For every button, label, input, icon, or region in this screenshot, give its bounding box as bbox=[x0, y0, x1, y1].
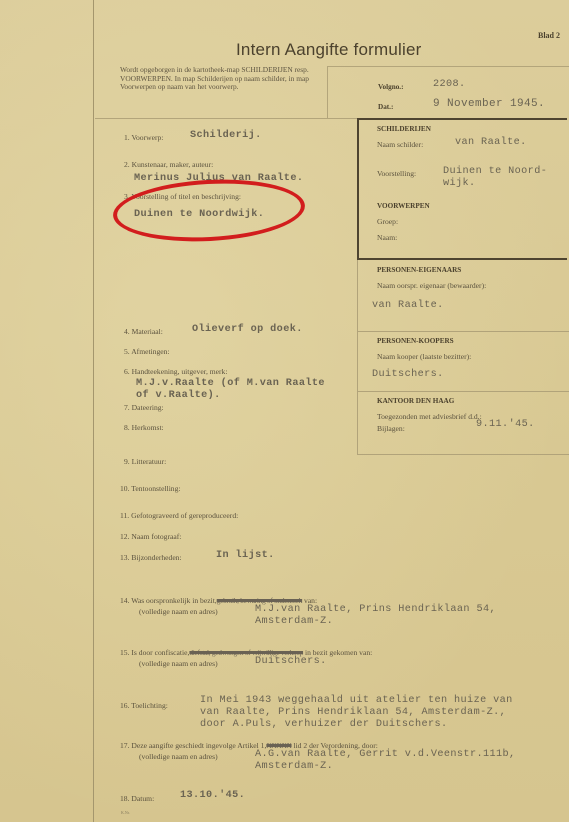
date-label: Dat.: bbox=[378, 103, 393, 111]
naam-label: Naam: bbox=[377, 233, 397, 242]
field-15-sublabel: (volledige naam en adres) bbox=[139, 659, 218, 668]
red-highlight-circle bbox=[112, 175, 307, 246]
field-6-label: 6. Handteekening, uitgever, merk: bbox=[124, 367, 227, 376]
voorwerpen-heading: VOORWERPEN bbox=[377, 202, 430, 210]
field-15-value: Duitschers. bbox=[255, 656, 327, 667]
kantoor-date-value: 9.11.'45. bbox=[476, 419, 535, 430]
koopers-value: Duitschers. bbox=[372, 369, 444, 380]
margin-rule bbox=[93, 0, 94, 822]
voorstelling-value-2: wijk. bbox=[443, 178, 476, 189]
volgno-value: 2208. bbox=[433, 79, 466, 90]
field-9-label: 9. Litteratuur: bbox=[124, 457, 166, 466]
field-15-label: 15. Is door confiscatie,diefstal, gedwon… bbox=[120, 648, 372, 657]
form-title: Intern Aangifte formulier bbox=[236, 40, 421, 60]
bijlagen-label: Bijlagen: bbox=[377, 424, 405, 433]
field-7-label: 7. Dateering: bbox=[124, 403, 164, 412]
groep-label: Groep: bbox=[377, 217, 398, 226]
eigenaars-heading: PERSONEN-EIGENAARS bbox=[377, 266, 461, 274]
field-16-label: 16. Toelichting: bbox=[120, 701, 168, 710]
field-14-value-2: Amsterdam-Z. bbox=[255, 616, 333, 627]
filing-instructions: Wordt opgeborgen in de kartotheek-map SC… bbox=[120, 66, 316, 92]
section-rule bbox=[95, 118, 357, 119]
field-6-value-2: of v.Raalte). bbox=[136, 390, 221, 401]
koopers-heading: PERSONEN-KOOPERS bbox=[377, 337, 454, 345]
field-18-value: 13.10.'45. bbox=[180, 790, 245, 801]
volgno-label: Volgno.: bbox=[378, 83, 404, 91]
field-18-label: 18. Datum: bbox=[120, 794, 154, 803]
schilderijen-heading: SCHILDERIJEN bbox=[377, 125, 431, 133]
date-value: 9 November 1945. bbox=[433, 98, 545, 110]
field-13-label: 13. Bijzonderheden: bbox=[120, 553, 182, 562]
field-13-value: In lijst. bbox=[216, 550, 275, 561]
field-17-value-2: Amsterdam-Z. bbox=[255, 761, 333, 772]
field-16-value-3: door A.Puls, verhuizer der Duitschers. bbox=[200, 719, 448, 730]
field-4-value: Olieverf op doek. bbox=[192, 324, 303, 335]
toegezonden-label: Toegezonden met adviesbrief d.d.: bbox=[377, 412, 482, 421]
painter-label: Naam schilder: bbox=[377, 140, 423, 149]
voorstelling-value-1: Duinen te Noord- bbox=[443, 166, 547, 177]
field-10-label: 10. Tentoonstelling: bbox=[120, 484, 181, 493]
footer-mark: K.Nr. bbox=[121, 810, 130, 815]
field-1-label: 1. Voorwerp: bbox=[124, 133, 163, 142]
field-16-value-1: In Mei 1943 weggehaald uit atelier ten h… bbox=[200, 695, 513, 706]
sheet-number: Blad 2 bbox=[538, 31, 560, 40]
painter-value: van Raalte. bbox=[455, 137, 527, 148]
field-8-label: 8. Herkomst: bbox=[124, 423, 164, 432]
koopers-label: Naam kooper (laatste bezitter): bbox=[377, 352, 471, 361]
field-14-sublabel: (volledige naam en adres) bbox=[139, 607, 218, 616]
field-5-label: 5. Afmetingen: bbox=[124, 347, 170, 356]
field-17-value-1: A.G.van Raalte, Gerrit v.d.Veenstr.111b, bbox=[255, 749, 516, 760]
field-1-value: Schilderij. bbox=[190, 130, 262, 141]
eigenaars-value: van Raalte. bbox=[372, 300, 444, 311]
document-page: Blad 2 Intern Aangifte formulier Wordt o… bbox=[0, 0, 569, 822]
field-11-label: 11. Gefotograveerd of gereproduceerd: bbox=[120, 511, 238, 520]
voorstelling-label: Voorstelling: bbox=[377, 169, 416, 178]
eigenaars-label: Naam oorspr. eigenaar (bewaarder): bbox=[377, 281, 486, 290]
field-14-value-1: M.J.van Raalte, Prins Hendriklaan 54, bbox=[255, 604, 496, 615]
registration-left-rule bbox=[327, 66, 328, 118]
field-16-value-2: van Raalte, Prins Hendriklaan 54, Amster… bbox=[200, 707, 506, 718]
field-6-value-1: M.J.v.Raalte (of M.van Raalte bbox=[136, 378, 325, 389]
field-12-label: 12. Naam fotograaf: bbox=[120, 532, 181, 541]
kantoor-heading: KANTOOR DEN HAAG bbox=[377, 397, 454, 405]
field-17-sublabel: (volledige naam en adres) bbox=[139, 752, 218, 761]
field-4-label: 4. Materiaal: bbox=[124, 327, 163, 336]
registration-top-rule bbox=[327, 66, 569, 67]
field-2-label: 2. Kunstenaar, maker, auteur: bbox=[124, 160, 213, 169]
